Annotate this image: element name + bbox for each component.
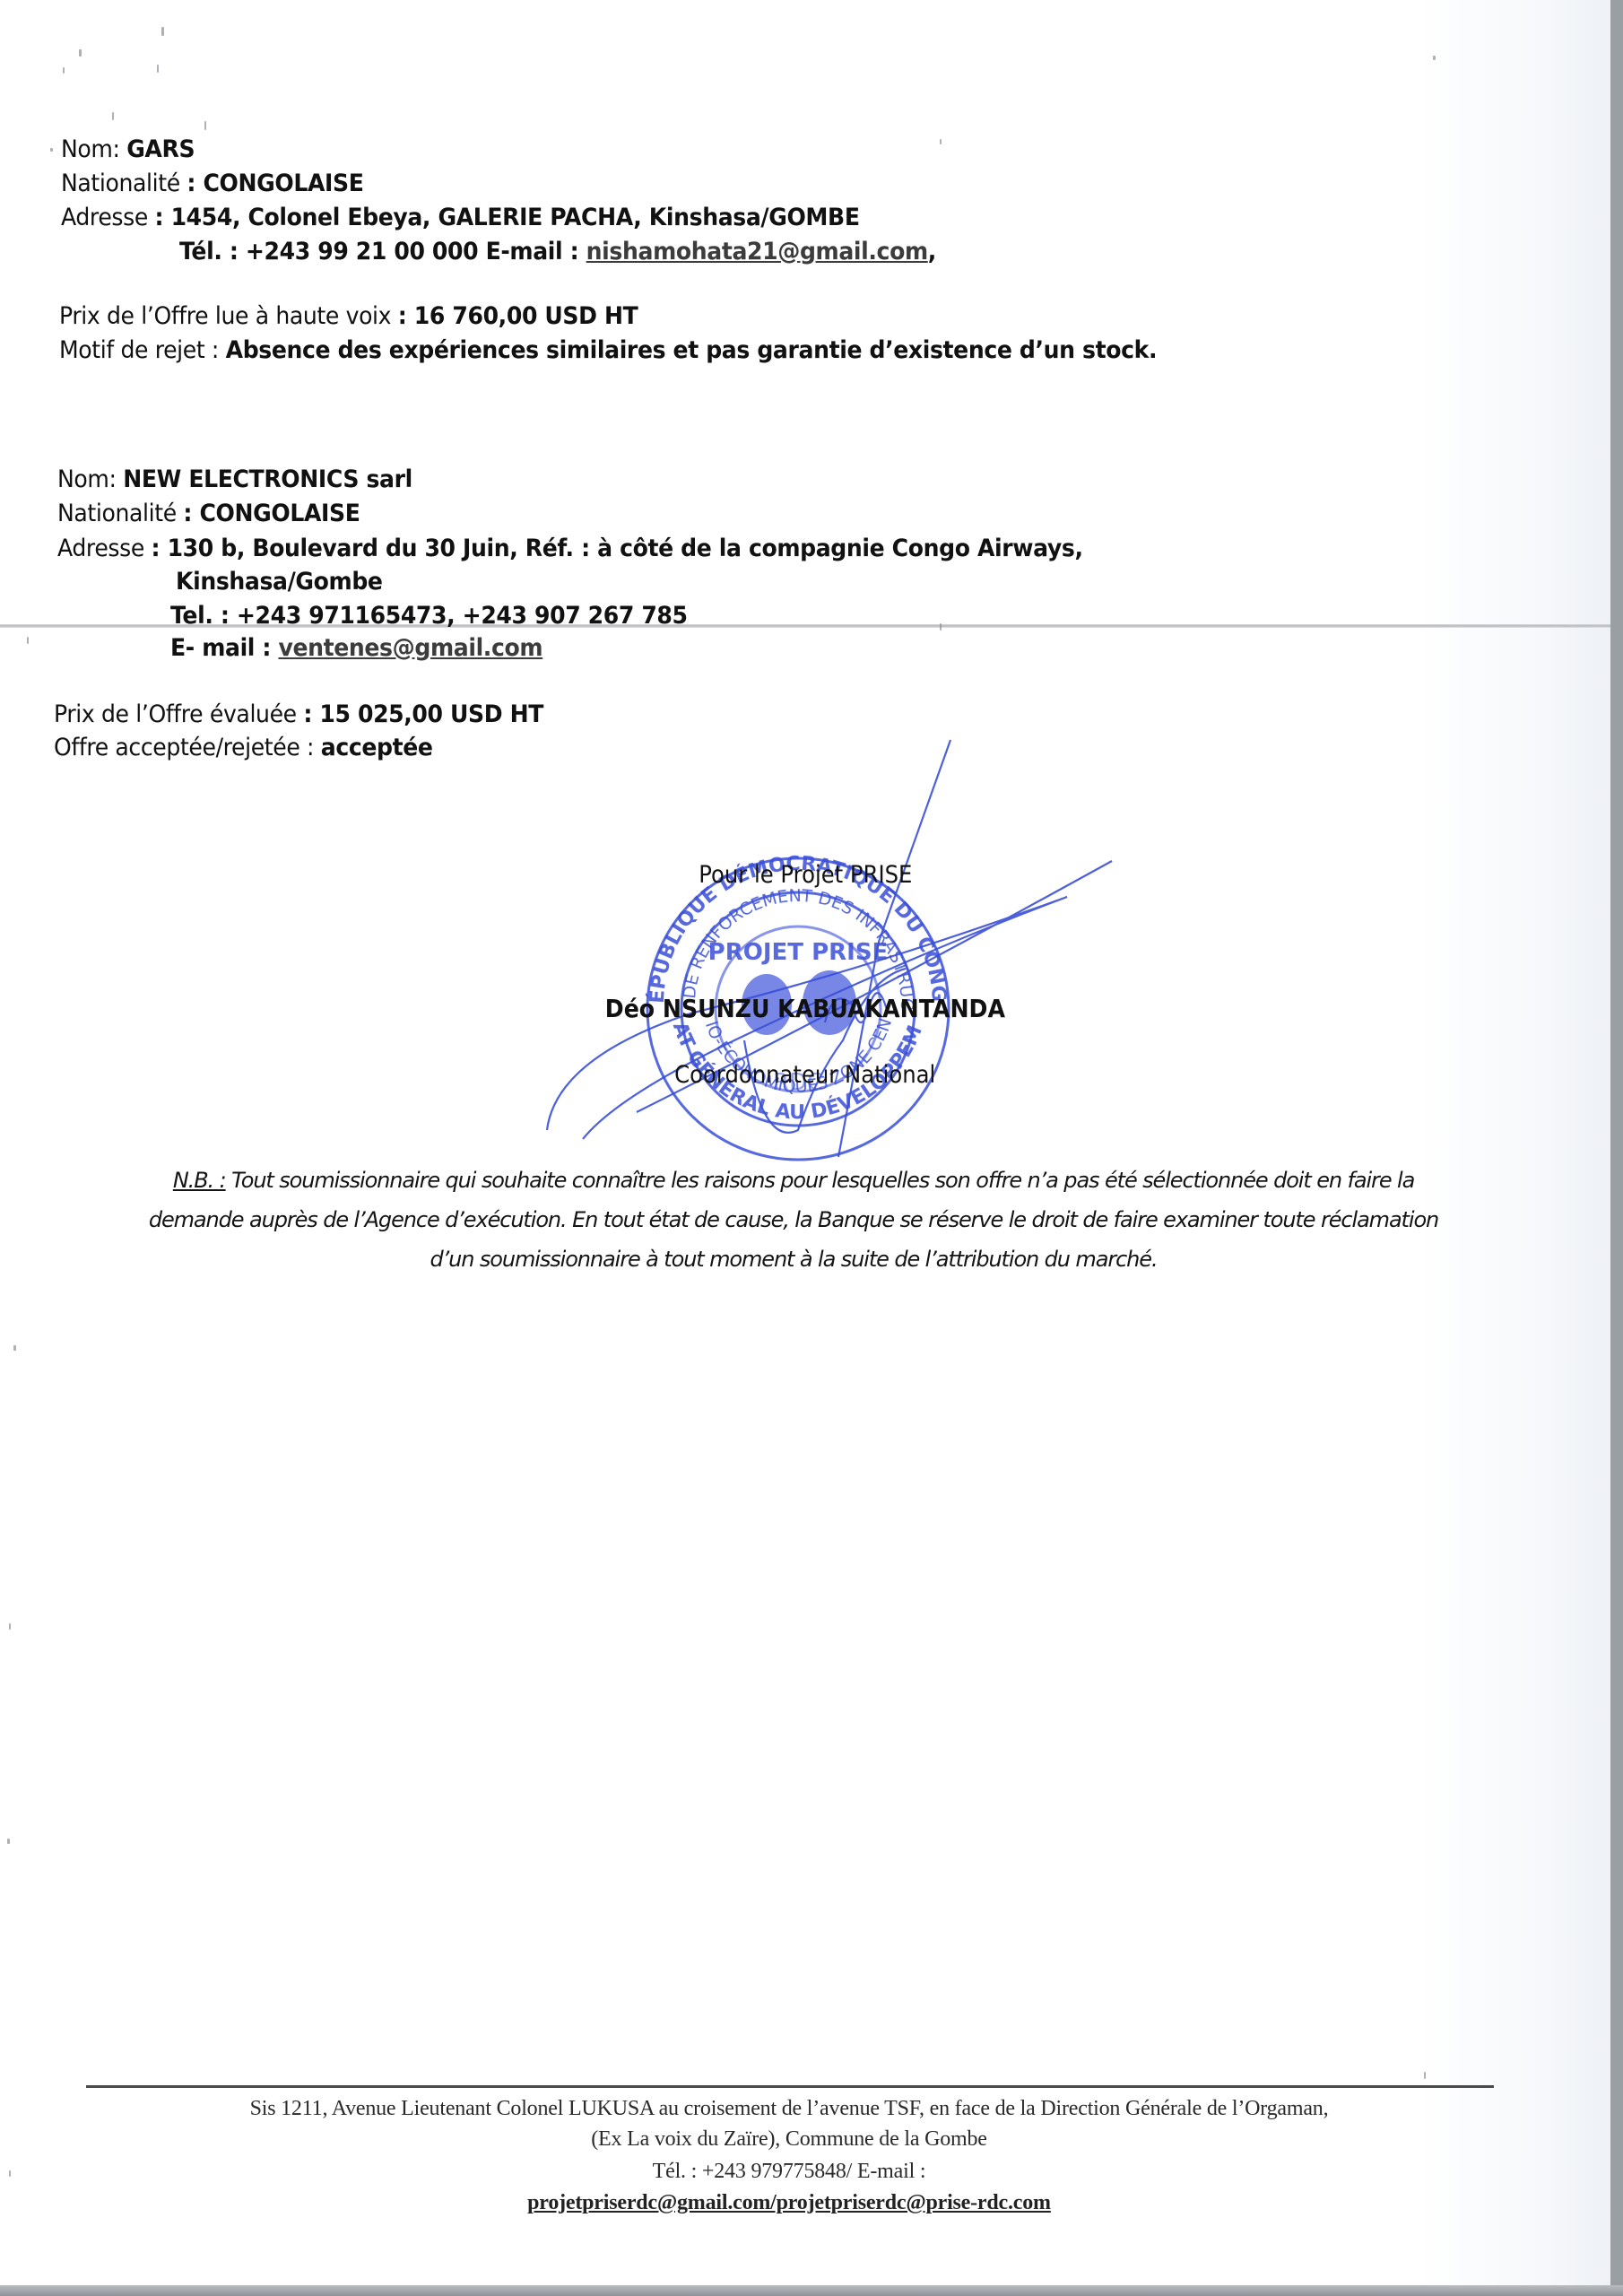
footer-emails[interactable]: projetpriserdc@gmail.com/projetpriserdc@… <box>54 2191 1524 2215</box>
nb-text-1: Tout soumissionnaire qui souhaite connaî… <box>226 1168 1415 1193</box>
bidder-email-line: E- mail : ventenes@gmail.com <box>170 633 570 664</box>
scan-speck <box>940 623 942 631</box>
rejection-label: Motif de rejet : <box>59 336 219 364</box>
price-value: : 15 025,00 USD HT <box>303 700 543 728</box>
bidder-price-line: Prix de l’Offre évaluée : 15 025,00 USD … <box>54 700 580 730</box>
scan-speck <box>161 27 164 36</box>
price-value: : 16 760,00 USD HT <box>398 302 638 330</box>
status-value: acceptée <box>321 734 433 761</box>
footer-divider <box>86 2085 1494 2088</box>
email-link[interactable]: nishamohata21@gmail.com <box>586 238 928 265</box>
address-label: Adresse <box>61 204 148 231</box>
scan-speck <box>63 67 65 74</box>
scan-speck <box>7 1839 10 1844</box>
signatory-name: Déo NSUNZU KABUAKANTANDA <box>0 994 1610 1023</box>
bidder-name-line: Nom: GARS <box>61 135 204 165</box>
nb-prefix: N.B. : <box>173 1168 226 1193</box>
scan-speck <box>1433 56 1436 60</box>
bidder-address-line: Adresse : 130 b, Boulevard du 30 Juin, R… <box>57 534 1160 564</box>
rejection-reason: Absence des expériences similaires et pa… <box>226 336 1157 364</box>
signatory-name-text: Déo NSUNZU KABUAKANTANDA <box>605 994 1005 1023</box>
nationality-label: Nationalité <box>57 500 177 527</box>
scan-speck <box>27 637 29 644</box>
nb-note: N.B. : Tout soumissionnaire qui souhaite… <box>54 1161 1533 1279</box>
bidder-nationality-line: Nationalité : CONGOLAISE <box>61 169 386 199</box>
scan-speck <box>13 1345 16 1351</box>
bidder-address-line: Adresse : 1454, Colonel Ebeya, GALERIE P… <box>61 203 920 233</box>
nationality-label: Nationalité <box>61 170 180 197</box>
scan-speck <box>79 49 82 57</box>
footer-address: Sis 1211, Avenue Lieutenant Colonel LUKU… <box>54 2097 1524 2121</box>
bidder-name-line: Nom: NEW ELECTRONICS sarl <box>57 465 439 495</box>
phone-text: Tél. : +243 99 21 00 000 E-mail : <box>179 238 586 265</box>
scan-edge-bottom <box>0 2285 1623 2296</box>
nb-line-2: demande auprès de l’Agence d’exécution. … <box>54 1200 1533 1239</box>
bidder-address-line2: Kinshasa/Gombe <box>176 567 398 597</box>
footer-address-2: (Ex La voix du Zaïre), Commune de la Gom… <box>54 2127 1524 2152</box>
price-label: Prix de l’Offre lue à haute voix <box>59 302 391 330</box>
nb-line-3: d’un soumissionnaire à tout moment à la … <box>54 1239 1533 1279</box>
bidder-nationality-line: Nationalité : CONGOLAISE <box>57 499 383 529</box>
bidder-rejection-line: Motif de rejet : Absence des expériences… <box>59 335 1239 366</box>
signatory-title: Coordonnateur National <box>0 1061 1610 1089</box>
address-value: : 130 b, Boulevard du 30 Juin, Réf. : à … <box>152 535 1083 562</box>
nationality-value: : CONGOLAISE <box>183 500 360 527</box>
name-label: Nom: <box>61 135 120 163</box>
bidder-phone-line: Tel. : +243 971165473, +243 907 267 785 <box>170 601 726 631</box>
address-value: : 1454, Colonel Ebeya, GALERIE PACHA, Ki… <box>155 204 860 231</box>
email-suffix: , <box>928 238 936 265</box>
signature-for-label: Pour le Projet PRISE <box>0 861 1610 889</box>
bidder-price-line: Prix de l’Offre lue à haute voix : 16 76… <box>59 301 681 332</box>
bidder-contact-line: Tél. : +243 99 21 00 000 E-mail : nisham… <box>179 237 993 267</box>
scan-speck <box>9 2170 11 2177</box>
email-label: E- mail : <box>170 634 278 662</box>
address-label: Adresse <box>57 535 144 562</box>
signatory-title-text: Coordonnateur National <box>674 1061 935 1089</box>
email-link[interactable]: ventenes@gmail.com <box>278 634 542 662</box>
nb-line-1: N.B. : Tout soumissionnaire qui souhaite… <box>54 1161 1533 1200</box>
name-value: NEW ELECTRONICS sarl <box>123 465 412 493</box>
status-label: Offre acceptée/rejetée : <box>54 734 314 761</box>
footer-phone: Tél. : +243 979775848/ E-mail : <box>54 2160 1524 2184</box>
scan-speck <box>112 112 114 120</box>
scan-speck <box>204 121 206 130</box>
scan-speck <box>157 65 159 73</box>
name-label: Nom: <box>57 465 117 493</box>
address-city: Kinshasa/Gombe <box>176 568 383 596</box>
scan-speck <box>940 139 942 144</box>
for-label-text: Pour le Projet PRISE <box>699 861 912 889</box>
scan-speck <box>9 1623 11 1630</box>
nationality-value: : CONGOLAISE <box>187 170 363 197</box>
phone-text: Tel. : +243 971165473, +243 907 267 785 <box>170 602 688 630</box>
scan-speck <box>50 148 53 152</box>
price-label: Prix de l’Offre évaluée <box>54 700 297 728</box>
bidder-status-line: Offre acceptée/rejetée : acceptée <box>54 733 461 763</box>
scan-speck <box>1424 2072 1426 2079</box>
name-value: GARS <box>126 135 195 163</box>
scan-edge-right <box>1610 0 1623 2296</box>
